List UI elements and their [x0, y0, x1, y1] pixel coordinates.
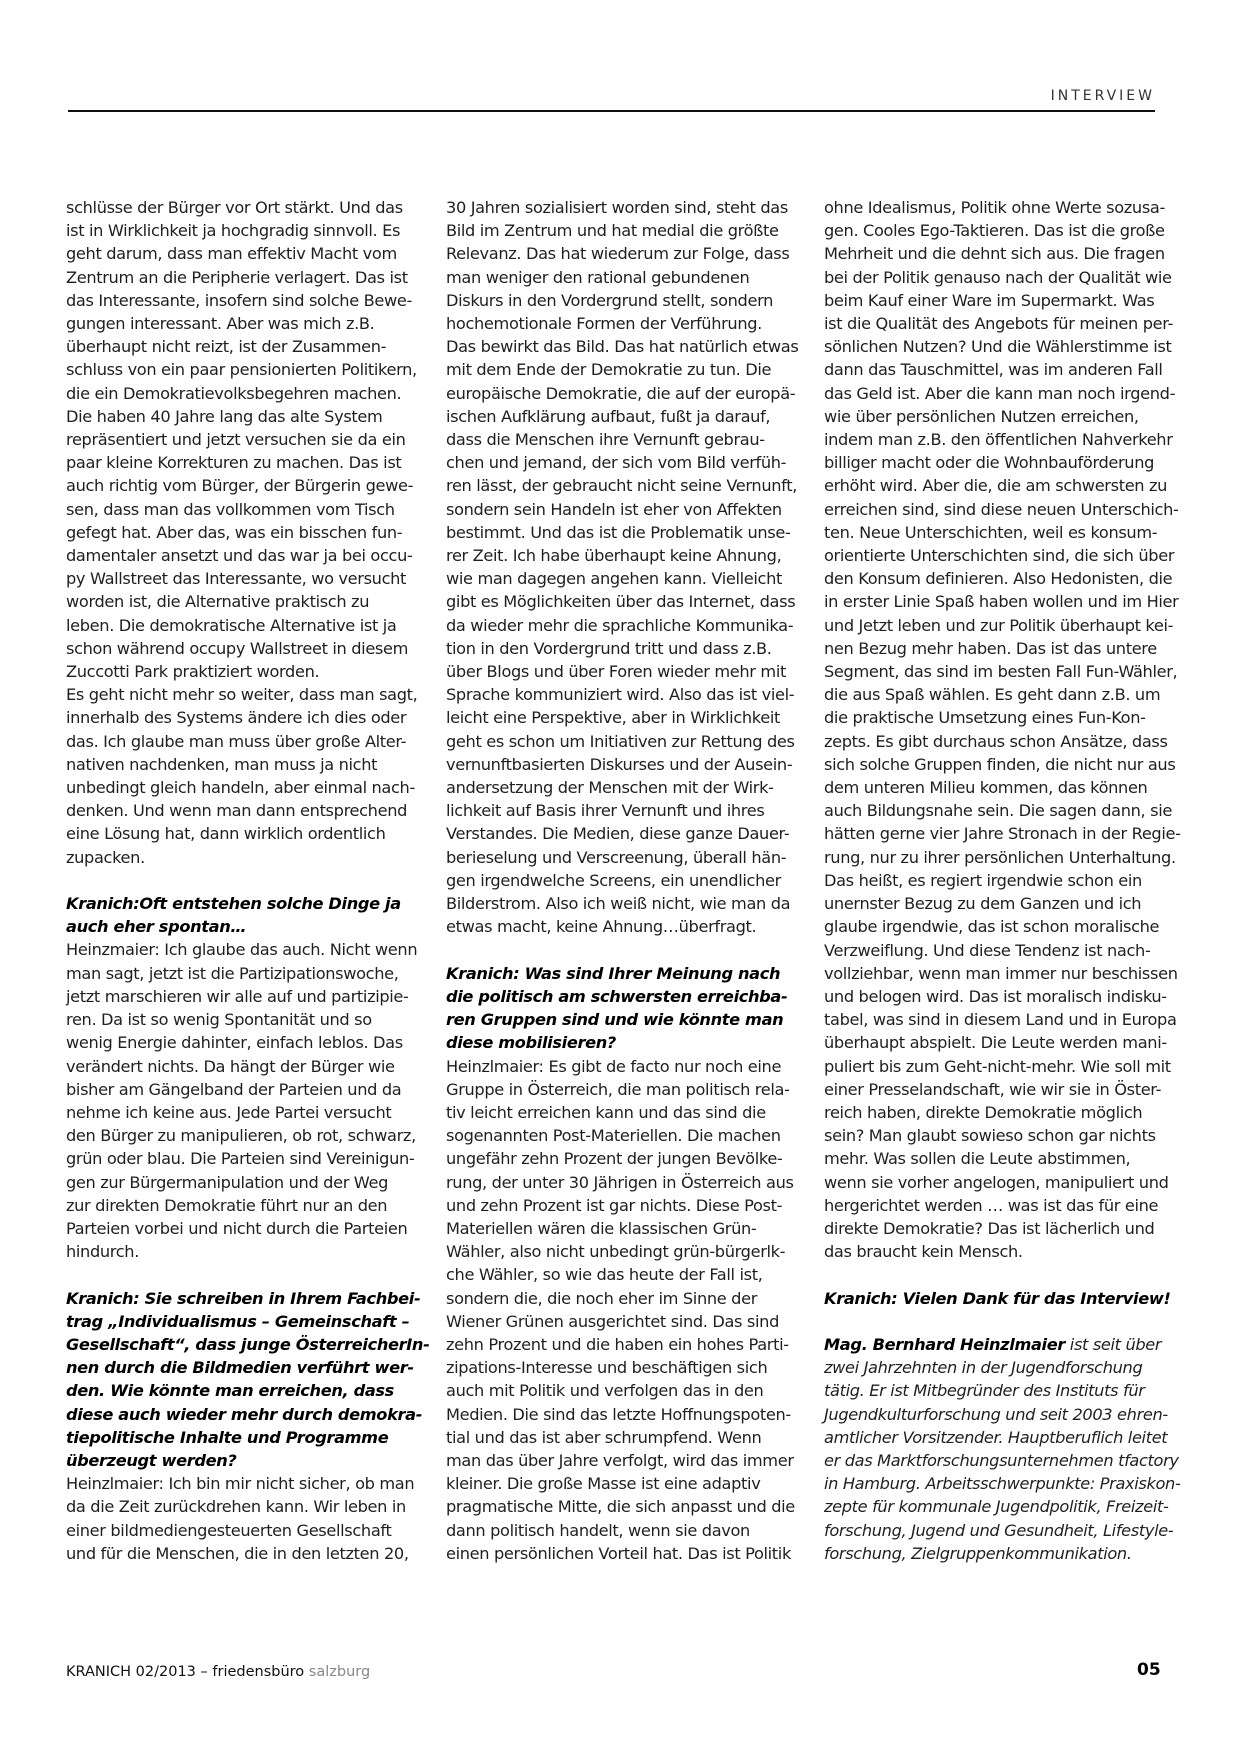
interview-question: Kranich: Sie schreiben in Ihrem Fachbei-…	[66, 1287, 416, 1473]
column-3: ohne Idealismus, Politik ohne Werte sozu…	[824, 196, 1176, 1565]
text-line: damentaler ansetzt und das war ja bei oc…	[66, 544, 416, 567]
text-line: tabel, was sind in diesem Land und in Eu…	[824, 1008, 1176, 1031]
text-line: wenn sie vorher angelogen, manipuliert u…	[824, 1171, 1176, 1194]
text-line: Gesellschaft“, dass junge ÖsterreicherIn…	[66, 1333, 416, 1356]
text-line: repräsentiert und jetzt versuchen sie da…	[66, 428, 416, 451]
text-line: das braucht kein Mensch.	[824, 1240, 1176, 1263]
text-line: Bild im Zentrum und hat medial die größt…	[446, 219, 798, 242]
text-line: Mehrheit und die dehnt sich aus. Die fra…	[824, 242, 1176, 265]
text-line: gefegt hat. Aber das, was ein bisschen f…	[66, 521, 416, 544]
interview-answer: Heinzlmaier: Es gibt de facto nur noch e…	[446, 1055, 798, 1565]
text-line: tätig. Er ist Mitbegründer des Instituts…	[824, 1379, 1176, 1402]
text-line: da wieder mehr die sprachliche Kommunika…	[446, 614, 798, 637]
text-line: und belogen wird. Das ist moralisch indi…	[824, 985, 1176, 1008]
text-line: erreichen sind, sind diese neuen Untersc…	[824, 498, 1176, 521]
section-label: INTERVIEW	[1051, 88, 1155, 104]
text-line: nen durch die Bildmedien verführt wer-	[66, 1356, 416, 1379]
text-line: paar kleine Korrekturen zu machen. Das i…	[66, 451, 416, 474]
text-line: unernster Bezug zu dem Ganzen und ich	[824, 892, 1176, 915]
text-line: nen Bezug mehr haben. Das ist das untere	[824, 637, 1176, 660]
text-line: den Konsum definieren. Also Hedonisten, …	[824, 567, 1176, 590]
text-line: dass die Menschen ihre Vernunft gebrau-	[446, 428, 798, 451]
text-line: trag „Individualismus – Gemeinschaft –	[66, 1310, 416, 1333]
text-line: Sprache kommuniziert wird. Also das ist …	[446, 683, 798, 706]
text-line: Diskurs in den Vordergrund stellt, sonde…	[446, 289, 798, 312]
text-line: Wiener Grünen ausgerichtet sind. Das sin…	[446, 1310, 798, 1333]
text-line: etwas macht, keine Ahnung…überfragt.	[446, 915, 798, 938]
text-line: verändert nichts. Da hängt der Bürger wi…	[66, 1055, 416, 1078]
text-line: tion in den Vordergrund tritt und dass z…	[446, 637, 798, 660]
text-line: Kranich: Sie schreiben in Ihrem Fachbei-	[66, 1287, 416, 1310]
text-line: nativen nachdenken, man muss ja nicht	[66, 753, 416, 776]
text-line: die politisch am schwersten erreichba-	[446, 985, 798, 1008]
text-line: Medien. Die sind das letzte Hoffnungspot…	[446, 1403, 798, 1426]
text-line: ren Gruppen sind und wie könnte man	[446, 1008, 798, 1031]
text-line: über Blogs und über Foren wieder mehr mi…	[446, 660, 798, 683]
text-line: hätten gerne vier Jahre Stronach in der …	[824, 822, 1176, 845]
text-line: py Wallstreet das Interessante, wo versu…	[66, 567, 416, 590]
text-line: einer Presselandschaft, wie wir sie in Ö…	[824, 1078, 1176, 1101]
text-line: schlüsse der Bürger vor Ort stärkt. Und …	[66, 196, 416, 219]
text-line: beim Kauf einer Ware im Supermarkt. Was	[824, 289, 1176, 312]
text-line: leben. Die demokratische Alternative ist…	[66, 614, 416, 637]
text-line: sönlichen Nutzen? Und die Wählerstimme i…	[824, 335, 1176, 358]
interview-answer: ohne Idealismus, Politik ohne Werte sozu…	[824, 196, 1176, 1263]
column-2: 30 Jahren sozialisiert worden sind, steh…	[446, 196, 798, 1565]
text-line: sein? Man glaubt sowieso schon gar nicht…	[824, 1124, 1176, 1147]
interview-answer: 30 Jahren sozialisiert worden sind, steh…	[446, 196, 798, 939]
text-line: Verstandes. Die Medien, diese ganze Daue…	[446, 822, 798, 845]
text-line: Kranich:Oft entstehen solche Dinge ja	[66, 892, 416, 915]
text-line: man sagt, jetzt ist die Partizipationswo…	[66, 962, 416, 985]
text-line: geht es schon um Initiativen zur Rettung…	[446, 730, 798, 753]
text-line: europäische Demokratie, die auf der euro…	[446, 382, 798, 405]
text-line: wenig Energie dahinter, einfach leblos. …	[66, 1031, 416, 1054]
text-line: sich solche Gruppen finden, die nicht nu…	[824, 753, 1176, 776]
text-line: Gruppe in Österreich, die man politisch …	[446, 1078, 798, 1101]
text-line: auch richtig vom Bürger, der Bürgerin ge…	[66, 474, 416, 497]
text-line: die aus Spaß wählen. Es geht dann z.B. u…	[824, 683, 1176, 706]
text-line: rung, nur zu ihrer persönlichen Unterhal…	[824, 846, 1176, 869]
text-line: berieselung und Verscreenung, überall hä…	[446, 846, 798, 869]
header-divider	[68, 110, 1155, 112]
interview-question: Kranich:Oft entstehen solche Dinge jaauc…	[66, 892, 416, 938]
text-line: schluss von ein paar pensionierten Polit…	[66, 358, 416, 381]
footer: KRANICH 02/2013 – friedensbüro salzburg	[66, 1664, 370, 1680]
text-line: er das Marktforschungsunternehmen tfacto…	[824, 1449, 1176, 1472]
text-line: Bilderstrom. Also ich weiß nicht, wie ma…	[446, 892, 798, 915]
text-line: Relevanz. Das hat wiederum zur Folge, da…	[446, 242, 798, 265]
text-line: andersetzung der Menschen mit der Wirk-	[446, 776, 798, 799]
text-line: die praktische Umsetzung eines Fun-Kon-	[824, 706, 1176, 729]
text-line: das. Ich glaube man muss über große Alte…	[66, 730, 416, 753]
text-line: wie über persönlichen Nutzen erreichen,	[824, 405, 1176, 428]
text-line: zur direkten Demokratie führt nur an den	[66, 1194, 416, 1217]
text-line: dem unteren Milieu kommen, das können	[824, 776, 1176, 799]
text-line: auch mit Politik und verfolgen das in de…	[446, 1379, 798, 1402]
text-line: Parteien vorbei und nicht durch die Part…	[66, 1217, 416, 1240]
text-line: auch eher spontan…	[66, 915, 416, 938]
text-line: gen zur Bürgermanipulation und der Weg	[66, 1171, 416, 1194]
text-line: in erster Linie Spaß haben wollen und im…	[824, 590, 1176, 613]
text-line: bestimmt. Und das ist die Problematik un…	[446, 521, 798, 544]
text-line: diese auch wieder mehr durch demokra-	[66, 1403, 416, 1426]
text-line: zehn Prozent und die haben ein hohes Par…	[446, 1333, 798, 1356]
text-line: worden ist, die Alternative praktisch zu	[66, 590, 416, 613]
text-line: zepts. Es gibt durchaus schon Ansätze, d…	[824, 730, 1176, 753]
text-line: Kranich: Was sind Ihrer Meinung nach	[446, 962, 798, 985]
text-line: überzeugt werden?	[66, 1449, 416, 1472]
text-line: bei der Politik genauso nach der Qualitä…	[824, 266, 1176, 289]
text-line: innerhalb des Systems ändere ich dies od…	[66, 706, 416, 729]
author-bio: Mag. Bernhard Heinzlmaier ist seit überz…	[824, 1333, 1176, 1565]
text-line: Das bewirkt das Bild. Das hat natürlich …	[446, 335, 798, 358]
text-line: tiv leicht erreichen kann und das sind d…	[446, 1101, 798, 1124]
text-line: und für die Menschen, die in den letzten…	[66, 1542, 416, 1565]
text-line: ischen Aufklärung aufbaut, fußt ja darau…	[446, 405, 798, 428]
text-line: rung, der unter 30 Jährigen in Österreic…	[446, 1171, 798, 1194]
interview-question: Kranich: Vielen Dank für das Interview!	[824, 1287, 1176, 1310]
text-line: hochemotionale Formen der Verführung.	[446, 312, 798, 335]
text-line: das Geld ist. Aber die kann man noch irg…	[824, 382, 1176, 405]
footer-city: salzburg	[309, 1664, 370, 1680]
text-line: ten. Neue Unterschichten, weil es konsum…	[824, 521, 1176, 544]
text-line: man das über Jahre verfolgt, wird das im…	[446, 1449, 798, 1472]
text-line: grün oder blau. Die Parteien sind Verein…	[66, 1147, 416, 1170]
text-line: zepte für kommunale Jugendpolitik, Freiz…	[824, 1495, 1176, 1518]
text-line: schon während occupy Wallstreet in diese…	[66, 637, 416, 660]
text-line: sondern sein Handeln ist eher von Affekt…	[446, 498, 798, 521]
text-line: Segment, das sind im besten Fall Fun-Wäh…	[824, 660, 1176, 683]
text-line: zupacken.	[66, 846, 416, 869]
paragraph-gap	[66, 869, 416, 892]
text-line: forschung, Jugend und Gesundheit, Lifest…	[824, 1519, 1176, 1542]
text-line: überhaupt abspielt. Die Leute werden man…	[824, 1031, 1176, 1054]
text-line: und Jetzt leben und zur Politik überhaup…	[824, 614, 1176, 637]
paragraph-gap	[824, 1310, 1176, 1333]
text-line: dann das Tauschmittel, was im anderen Fa…	[824, 358, 1176, 381]
text-line: mit dem Ende der Demokratie zu tun. Die	[446, 358, 798, 381]
text-line: und zehn Prozent ist gar nichts. Diese P…	[446, 1194, 798, 1217]
text-line: Wähler, also nicht unbedingt grün-bürger…	[446, 1240, 798, 1263]
text-line: ist in Wirklichkeit ja hochgradig sinnvo…	[66, 219, 416, 242]
text-line: man weniger den rational gebundenen	[446, 266, 798, 289]
text-line: rer Zeit. Ich habe überhaupt keine Ahnun…	[446, 544, 798, 567]
text-line: Verzweiflung. Und diese Tendenz ist nach…	[824, 939, 1176, 962]
text-line: nehme ich keine aus. Jede Partei versuch…	[66, 1101, 416, 1124]
text-line: Jugendkulturforschung und seit 2003 ehre…	[824, 1403, 1176, 1426]
text-line: einer bildmediengesteuerten Gesellschaft	[66, 1519, 416, 1542]
text-line: zipations-Interesse und beschäftigen sic…	[446, 1356, 798, 1379]
text-line: tiepolitische Inhalte und Programme	[66, 1426, 416, 1449]
text-line: reich haben, direkte Demokratie möglich	[824, 1101, 1176, 1124]
text-line: chen und jemand, der sich vom Bild verfü…	[446, 451, 798, 474]
text-line: mehr. Was sollen die Leute abstimmen,	[824, 1147, 1176, 1170]
text-line: Heinzmaier: Ich glaube das auch. Nicht w…	[66, 938, 416, 961]
text-line: das Interessante, insofern sind solche B…	[66, 289, 416, 312]
text-line: billiger macht oder die Wohnbauförderung	[824, 451, 1176, 474]
text-line: die ein Demokratievolksbegehren machen.	[66, 382, 416, 405]
text-line: Es geht nicht mehr so weiter, dass man s…	[66, 683, 416, 706]
text-line: sen, dass man das vollkommen vom Tisch	[66, 498, 416, 521]
text-line: Heinzlmaier: Es gibt de facto nur noch e…	[446, 1055, 798, 1078]
text-line: gen. Cooles Ego-Taktieren. Das ist die g…	[824, 219, 1176, 242]
text-line: che Wähler, so wie das heute der Fall is…	[446, 1263, 798, 1286]
text-line: gibt es Möglichkeiten über das Internet,…	[446, 590, 798, 613]
text-line: Mag. Bernhard Heinzlmaier ist seit über	[824, 1333, 1176, 1356]
text-line: geht darum, dass man effektiv Macht vom	[66, 242, 416, 265]
interview-answer: Heinzlmaier: Ich bin mir nicht sicher, o…	[66, 1472, 416, 1565]
text-line: da die Zeit zurückdrehen kann. Wir leben…	[66, 1495, 416, 1518]
text-line: unbedingt gleich handeln, aber einmal na…	[66, 776, 416, 799]
text-line: leicht eine Perspektive, aber in Wirklic…	[446, 706, 798, 729]
interview-answer: Heinzmaier: Ich glaube das auch. Nicht w…	[66, 938, 416, 1263]
text-line: überhaupt nicht reizt, ist der Zusammen-	[66, 335, 416, 358]
text-line: erhöht wird. Aber die, die am schwersten…	[824, 474, 1176, 497]
text-line: ohne Idealismus, Politik ohne Werte sozu…	[824, 196, 1176, 219]
paragraph-gap	[446, 939, 798, 962]
text-line: jetzt marschieren wir alle auf und parti…	[66, 985, 416, 1008]
text-line: sondern die, die noch eher im Sinne der	[446, 1287, 798, 1310]
text-line: hindurch.	[66, 1240, 416, 1263]
text-line: pragmatische Mitte, die sich anpasst und…	[446, 1495, 798, 1518]
text-line: tial und das ist aber schrumpfend. Wenn	[446, 1426, 798, 1449]
text-line: Das heißt, es regiert irgendwie schon ei…	[824, 869, 1176, 892]
page-number: 05	[1137, 1660, 1161, 1680]
text-line: indem man z.B. den öffentlichen Nahverke…	[824, 428, 1176, 451]
text-line: denken. Und wenn man dann entsprechend	[66, 799, 416, 822]
text-line: eine Lösung hat, dann wirklich ordentlic…	[66, 822, 416, 845]
text-line: Materiellen wären die klassischen Grün-	[446, 1217, 798, 1240]
interview-answer: schlüsse der Bürger vor Ort stärkt. Und …	[66, 196, 416, 869]
text-line: dann politisch handelt, wenn sie davon	[446, 1519, 798, 1542]
footer-publication: KRANICH 02/2013 – friedensbüro	[66, 1664, 304, 1680]
text-line: orientierte Unterschichten sind, die sic…	[824, 544, 1176, 567]
text-line: Heinzlmaier: Ich bin mir nicht sicher, o…	[66, 1472, 416, 1495]
text-line: ist die Qualität des Angebots für meinen…	[824, 312, 1176, 335]
text-line: in Hamburg. Arbeitsschwerpunkte: Praxisk…	[824, 1472, 1176, 1495]
text-line: ungefähr zehn Prozent der jungen Bevölke…	[446, 1147, 798, 1170]
text-line: den Bürger zu manipulieren, ob rot, schw…	[66, 1124, 416, 1147]
text-line: diese mobilisieren?	[446, 1031, 798, 1054]
text-line: kleiner. Die große Masse ist eine adapti…	[446, 1472, 798, 1495]
text-line: hergerichtet werden … was ist das für ei…	[824, 1194, 1176, 1217]
text-line: Zentrum an die Peripherie verlagert. Das…	[66, 266, 416, 289]
text-line: forschung, Zielgruppenkommunikation.	[824, 1542, 1176, 1565]
text-line: Zuccotti Park praktiziert worden.	[66, 660, 416, 683]
text-line: einen persönlichen Vorteil hat. Das ist …	[446, 1542, 798, 1565]
text-line: ren lässt, der gebraucht nicht seine Ver…	[446, 474, 798, 497]
text-line: glaube irgendwie, das ist schon moralisc…	[824, 915, 1176, 938]
text-line: 30 Jahren sozialisiert worden sind, steh…	[446, 196, 798, 219]
text-line: auch Bildungsnahe sein. Die sagen dann, …	[824, 799, 1176, 822]
bio-text: ist seit über	[1065, 1335, 1161, 1354]
text-line: vernunftbasierten Diskurses und der Ause…	[446, 753, 798, 776]
text-line: vollziehbar, wenn man immer nur beschiss…	[824, 962, 1176, 985]
text-line: amtlicher Vorsitzender. Hauptberuflich l…	[824, 1426, 1176, 1449]
text-line: direkte Demokratie? Das ist lächerlich u…	[824, 1217, 1176, 1240]
text-line: ren. Da ist so wenig Spontanität und so	[66, 1008, 416, 1031]
text-line: wie man dagegen angehen kann. Vielleicht	[446, 567, 798, 590]
interview-question: Kranich: Was sind Ihrer Meinung nachdie …	[446, 962, 798, 1055]
author-name: Mag. Bernhard Heinzlmaier	[824, 1335, 1065, 1354]
text-line: sogenannten Post-Materiellen. Die machen	[446, 1124, 798, 1147]
text-line: gen irgendwelche Screens, ein unendliche…	[446, 869, 798, 892]
text-line: bisher am Gängelband der Parteien und da	[66, 1078, 416, 1101]
text-line: den. Wie könnte man erreichen, dass	[66, 1379, 416, 1402]
text-line: zwei Jahrzehnten in der Jugendforschung	[824, 1356, 1176, 1379]
text-line: Die haben 40 Jahre lang das alte System	[66, 405, 416, 428]
text-line: puliert bis zum Geht-nicht-mehr. Wie sol…	[824, 1055, 1176, 1078]
text-line: Kranich: Vielen Dank für das Interview!	[824, 1287, 1176, 1310]
column-1: schlüsse der Bürger vor Ort stärkt. Und …	[66, 196, 416, 1565]
paragraph-gap	[824, 1263, 1176, 1286]
text-line: gungen interessant. Aber was mich z.B.	[66, 312, 416, 335]
paragraph-gap	[66, 1263, 416, 1286]
text-line: lichkeit auf Basis ihrer Vernunft und ih…	[446, 799, 798, 822]
